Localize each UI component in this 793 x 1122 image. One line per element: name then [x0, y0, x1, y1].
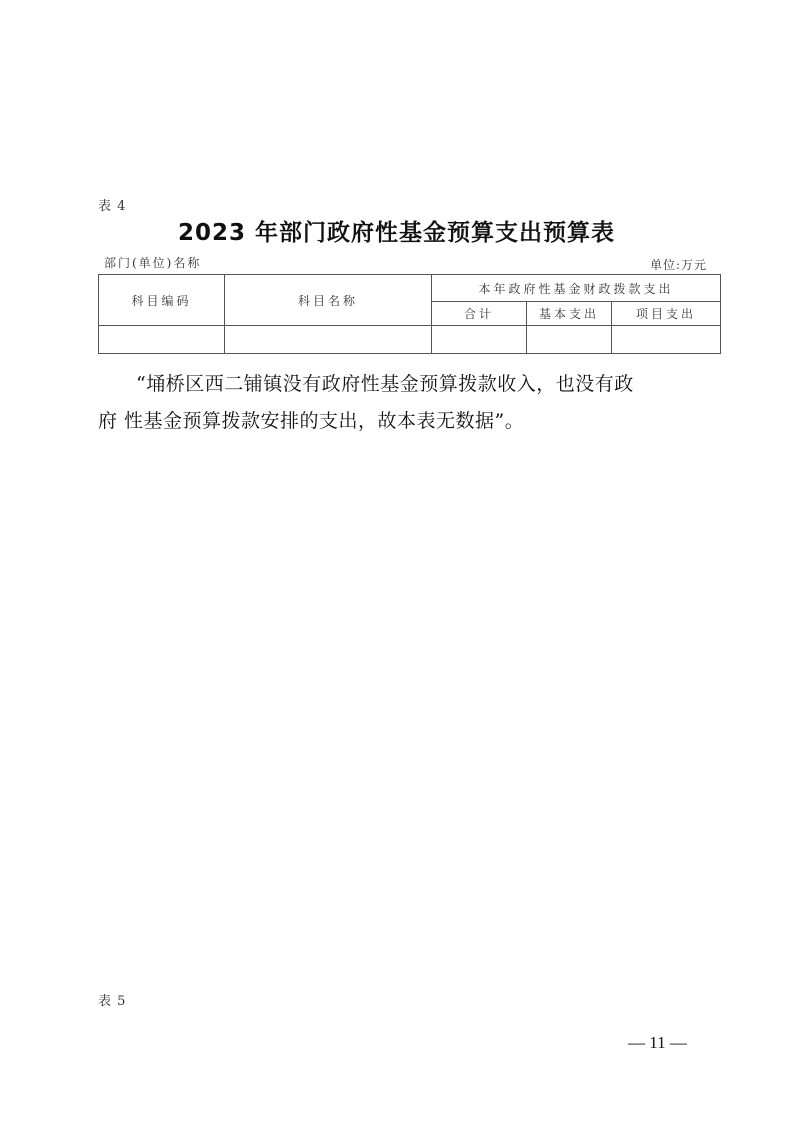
table-row — [99, 326, 721, 354]
header-subject-name: 科目名称 — [225, 275, 432, 326]
cell-project-expenditure — [612, 326, 721, 354]
header-group-fund-expenditure: 本年政府性基金财政拨款支出 — [432, 275, 721, 302]
header-subject-code: 科目编码 — [99, 275, 225, 326]
budget-table: 科目编码 科目名称 本年政府性基金财政拨款支出 合计 基本支出 项目支出 — [98, 274, 721, 354]
cell-basic-expenditure — [527, 326, 612, 354]
header-project-expenditure: 项目支出 — [612, 302, 721, 326]
header-basic-expenditure: 基本支出 — [527, 302, 612, 326]
cell-subject-name — [225, 326, 432, 354]
department-name-label: 部门(单位)名称 — [104, 254, 201, 271]
page-number: — 11 — — [628, 1033, 687, 1053]
no-data-note: “埇桥区西二铺镇没有政府性基金预算拨款收入，也没有政 府 性基金预算拨款安排的支… — [98, 366, 718, 440]
table-header-row: 科目编码 科目名称 本年政府性基金财政拨款支出 — [99, 275, 721, 302]
document-title: 2023 年部门政府性基金预算支出预算表 — [0, 214, 793, 247]
table-4-label: 表 4 — [98, 195, 126, 214]
cell-total — [432, 326, 527, 354]
unit-label: 单位:万元 — [650, 256, 707, 273]
note-line-1: “埇桥区西二铺镇没有政府性基金预算拨款收入，也没有政 — [98, 366, 718, 403]
note-line-2: 府 性基金预算拨款安排的支出，故本表无数据”。 — [98, 403, 718, 440]
document-page: 表 4 2023 年部门政府性基金预算支出预算表 部门(单位)名称 单位:万元 … — [0, 0, 793, 1122]
cell-subject-code — [99, 326, 225, 354]
header-total: 合计 — [432, 302, 527, 326]
table-5-label: 表 5 — [98, 990, 126, 1009]
